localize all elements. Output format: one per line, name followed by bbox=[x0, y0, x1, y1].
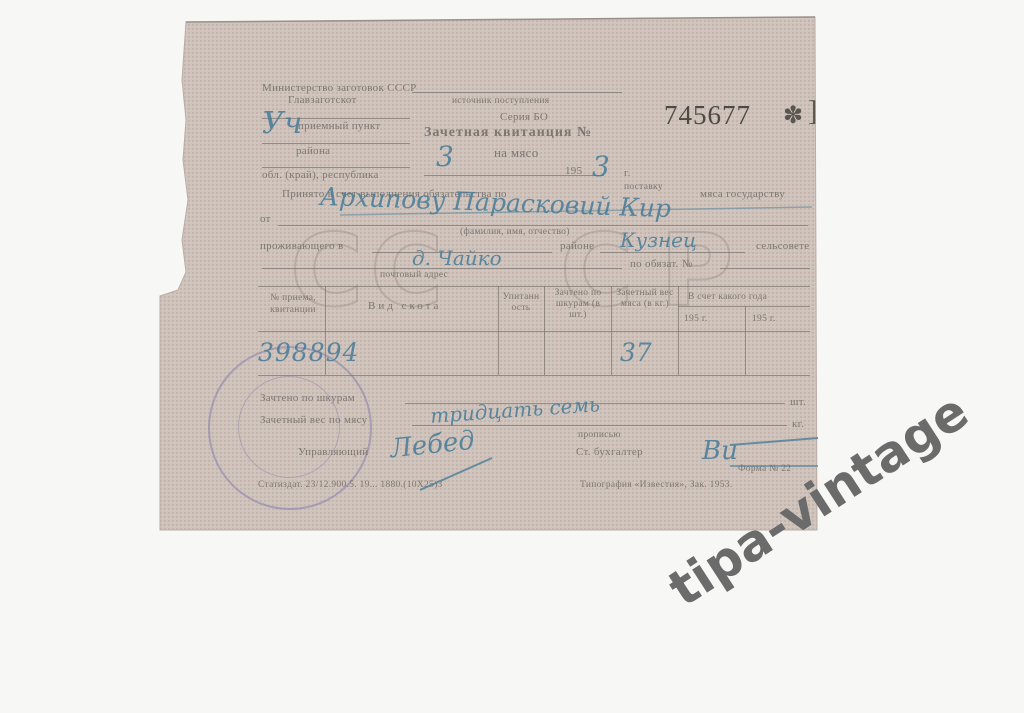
document-scan: С С С Р Министерство заготовок СССР Глав… bbox=[0, 0, 1024, 713]
pen-strokes bbox=[0, 0, 1024, 713]
